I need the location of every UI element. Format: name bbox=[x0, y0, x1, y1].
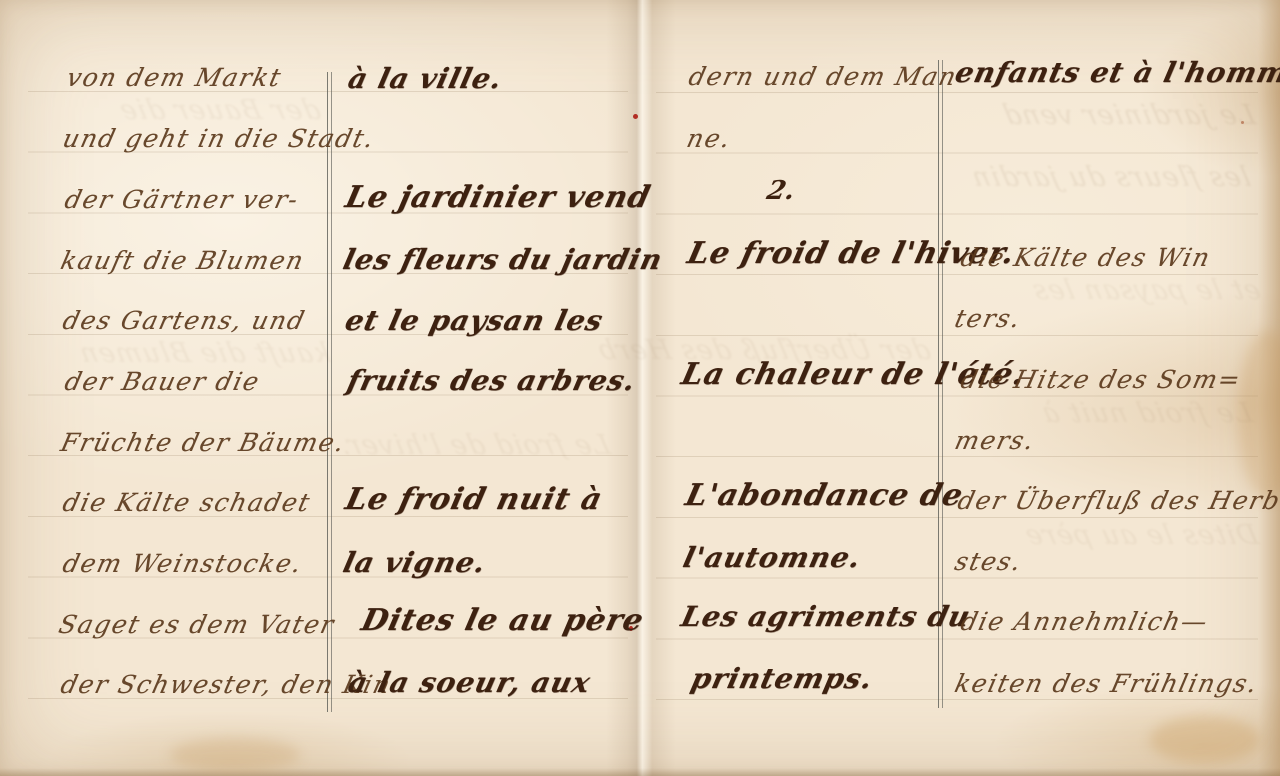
german-line: dem Weinstocke. bbox=[60, 549, 306, 578]
bleed-through-text: et le paysan les bbox=[956, 275, 1263, 306]
french-line: Le froid nuit à bbox=[342, 482, 606, 517]
page-edge-bottom bbox=[0, 768, 1280, 776]
french-line: la vigne. bbox=[340, 546, 490, 579]
german-line: ters. bbox=[952, 304, 1024, 333]
french-line: L'abondance de bbox=[682, 478, 967, 513]
french-continuation-line: enfants et à l'homme, bbox=[952, 56, 1280, 89]
bleed-through-text: Le jardinier vend bbox=[951, 100, 1258, 131]
german-line: und geht in die Stadt. bbox=[60, 124, 378, 153]
french-line: les fleurs du jardin bbox=[340, 243, 666, 276]
bleed-through-text: Le froid nuit à bbox=[948, 398, 1255, 429]
notebook-spread: Le jardinier vend les fleurs du jardin e… bbox=[0, 0, 1280, 776]
german-line: Saget es dem Vater bbox=[56, 610, 338, 639]
german-line: die Hitze des Som= bbox=[958, 365, 1244, 394]
french-line: à la soeur, aux bbox=[345, 666, 594, 699]
french-line: à la ville. bbox=[345, 62, 506, 95]
german-line: des Gartens, und bbox=[60, 306, 309, 335]
german-line: von dem Markt bbox=[64, 63, 285, 92]
german-line: kauft die Blumen bbox=[58, 246, 308, 275]
german-continuation-line: dern und dem Man bbox=[686, 62, 960, 91]
german-line: der Bauer die bbox=[62, 367, 263, 396]
french-line: et le paysan les bbox=[342, 304, 607, 337]
bleed-through-text: les fleurs du jardin bbox=[946, 162, 1253, 193]
german-line: die Kälte des Win bbox=[958, 243, 1214, 272]
german-line: der Überfluß des Herb bbox=[955, 486, 1280, 515]
french-line: Dites le au père bbox=[358, 603, 647, 638]
french-line: l'automne. bbox=[680, 541, 864, 574]
red-ink-speck bbox=[633, 114, 638, 119]
german-line: stes. bbox=[952, 547, 1025, 576]
paper-stain bbox=[1238, 330, 1280, 500]
german-line: der Gärtner ver- bbox=[62, 185, 302, 214]
bleed-through-text: Le froid de l'hiver. bbox=[366, 430, 613, 461]
german-line: Früchte der Bäume. bbox=[58, 428, 348, 457]
section-number: 2. bbox=[764, 176, 798, 206]
ink-speck bbox=[1241, 121, 1244, 124]
german-continuation-line: ne. bbox=[684, 124, 734, 153]
french-line: printemps. bbox=[688, 662, 876, 695]
bleed-through-text: der Bauer die bbox=[56, 95, 323, 126]
paper-stain bbox=[170, 738, 300, 772]
german-line: mers. bbox=[952, 426, 1038, 455]
german-line: die Kälte schadet bbox=[60, 488, 314, 517]
german-line: keiten des Frühlings. bbox=[952, 669, 1261, 698]
french-line: Le jardinier vend bbox=[342, 180, 654, 215]
french-line: Les agriments du bbox=[678, 600, 974, 633]
french-line: fruits des arbres. bbox=[344, 364, 639, 397]
page-edge-right bbox=[1258, 0, 1280, 776]
german-line: die Annehmlich— bbox=[958, 607, 1211, 636]
german-line: der Schwester, den Kin bbox=[58, 670, 394, 699]
bleed-through-text: kauft die Blumen bbox=[66, 338, 333, 369]
paper-stain bbox=[1150, 716, 1260, 764]
